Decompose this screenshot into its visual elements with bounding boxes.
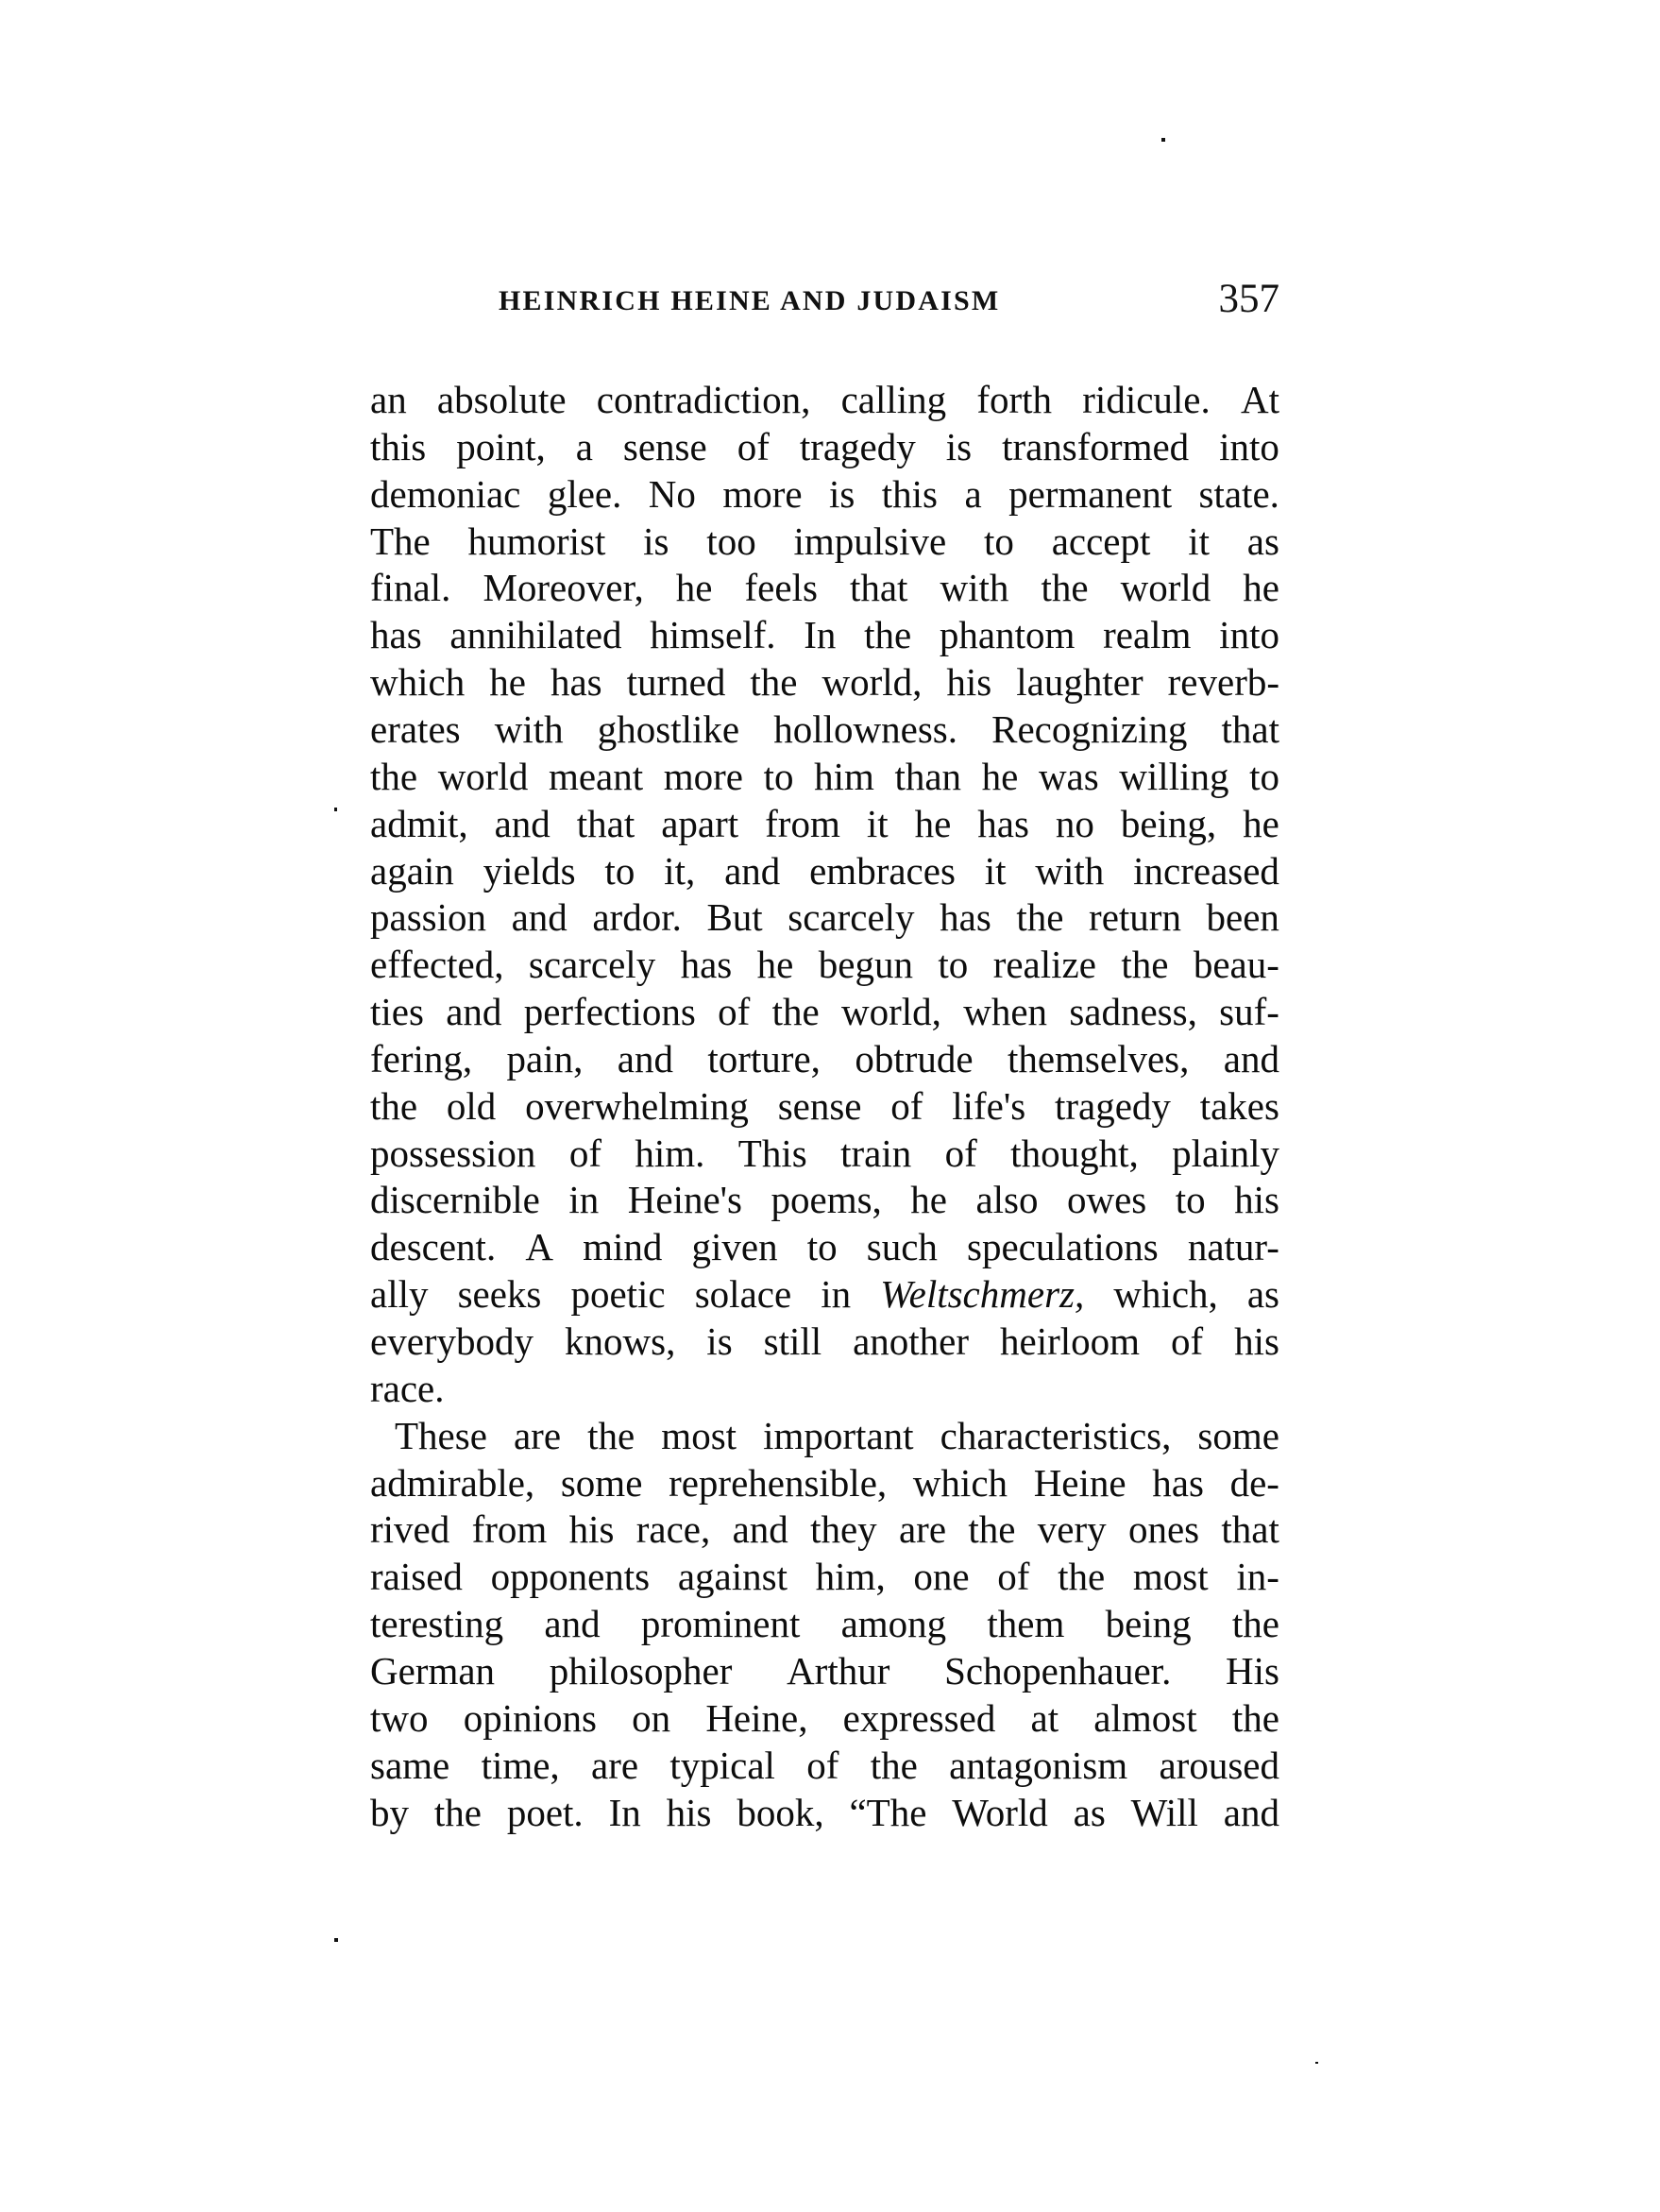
word: him, <box>816 1553 886 1600</box>
word: poetic <box>570 1270 665 1318</box>
word: absolute <box>437 376 567 423</box>
word: But <box>706 893 762 941</box>
text-line: admirable,somereprehensible,whichHeineha… <box>370 1459 1279 1506</box>
word: very <box>1038 1506 1107 1553</box>
word: to <box>604 847 635 894</box>
word: of <box>890 1082 923 1130</box>
word: erates <box>370 706 461 753</box>
word: reprehensible, <box>669 1459 887 1506</box>
word: At <box>1241 376 1279 423</box>
word: as <box>1074 1789 1106 1836</box>
word: to <box>1176 1176 1206 1223</box>
word: World <box>952 1789 1047 1836</box>
word: world <box>1121 564 1211 611</box>
word: again <box>370 847 454 894</box>
word: they <box>810 1506 877 1553</box>
word: no <box>1056 800 1094 847</box>
word: has <box>940 893 991 941</box>
word: suf- <box>1219 988 1279 1035</box>
word: are <box>899 1506 946 1553</box>
word: it <box>985 847 1007 894</box>
word: “The <box>849 1789 926 1836</box>
word: humorist <box>468 518 606 565</box>
word: which, <box>1113 1270 1217 1318</box>
word: it <box>1188 518 1210 565</box>
word: been <box>1207 893 1279 941</box>
word: the <box>1041 564 1088 611</box>
word: life's <box>952 1082 1025 1130</box>
word: was <box>1039 753 1099 800</box>
text-line: Thesearethemostimportantcharacteristics,… <box>395 1412 1279 1459</box>
word: scarcely <box>529 941 655 988</box>
word: return <box>1089 893 1181 941</box>
word: Will <box>1131 1789 1198 1836</box>
word: The <box>370 518 431 565</box>
text-line: effected,scarcelyhashebeguntorealizetheb… <box>370 941 1279 988</box>
word: being <box>1106 1600 1192 1647</box>
word: train <box>840 1130 911 1177</box>
word: still <box>764 1318 822 1365</box>
text-line: erateswithghostlikehollowness.Recognizin… <box>370 706 1279 753</box>
word: of <box>1171 1318 1203 1365</box>
word: of <box>945 1130 977 1177</box>
word: being, <box>1121 800 1216 847</box>
word: are <box>591 1742 638 1789</box>
word: of <box>806 1742 838 1789</box>
word: realm <box>1103 611 1191 658</box>
word: and <box>495 800 551 847</box>
word: ones <box>1128 1506 1199 1553</box>
scan-speck <box>1161 138 1165 142</box>
word: fering, <box>370 1035 472 1082</box>
word: into <box>1219 423 1279 470</box>
word: the <box>1121 941 1168 988</box>
word: another <box>853 1318 969 1365</box>
word: No <box>649 470 696 518</box>
word: into <box>1219 611 1279 658</box>
word: book, <box>737 1789 823 1836</box>
word: impulsive <box>794 518 947 565</box>
word: poems, <box>771 1176 882 1223</box>
word: possession <box>370 1130 535 1177</box>
word: to <box>984 518 1014 565</box>
word: Arthur <box>787 1647 889 1694</box>
word: apart <box>661 800 738 847</box>
word: he <box>910 1176 947 1223</box>
word: of <box>997 1553 1029 1600</box>
word: himself. <box>650 611 775 658</box>
word: glee. <box>548 470 622 518</box>
word: themselves, <box>1008 1035 1189 1082</box>
word: This <box>738 1130 807 1177</box>
word: mind <box>583 1223 662 1270</box>
word: annihilated <box>449 611 621 658</box>
text-line: bythepoet.Inhisbook,“TheWorldasWilland <box>370 1789 1279 1836</box>
word: expressed <box>843 1694 996 1742</box>
word: owes <box>1067 1176 1146 1223</box>
word: some <box>561 1459 643 1506</box>
word: Recognizing <box>991 706 1187 753</box>
word: transformed <box>1002 423 1189 470</box>
page-number: 357 <box>1219 276 1280 322</box>
text-line: terestingandprominentamongthembeingthe <box>370 1600 1279 1647</box>
word: he <box>982 753 1019 800</box>
word: that <box>850 564 907 611</box>
word: torture, <box>707 1035 821 1082</box>
word: philosopher <box>550 1647 733 1694</box>
word: the <box>772 988 820 1035</box>
word: at <box>1031 1694 1059 1742</box>
word: and <box>1224 1035 1279 1082</box>
word: willing <box>1119 753 1228 800</box>
word: one <box>913 1553 969 1600</box>
word: that <box>1221 1506 1279 1553</box>
word: two <box>370 1694 429 1742</box>
word: the <box>1232 1600 1279 1647</box>
word: of <box>718 988 750 1035</box>
word: and <box>733 1506 788 1553</box>
word: sense <box>623 423 707 470</box>
text-line: tiesandperfectionsoftheworld,whensadness… <box>370 988 1279 1035</box>
word: heirloom <box>1000 1318 1140 1365</box>
word: his <box>1234 1176 1279 1223</box>
word: In <box>609 1789 641 1836</box>
word: more <box>722 470 802 518</box>
word: begun <box>819 941 913 988</box>
word: pain, <box>507 1035 584 1082</box>
word: admirable, <box>370 1459 534 1506</box>
word: tragedy <box>1055 1082 1171 1130</box>
word: state. <box>1199 470 1279 518</box>
italic-word: Weltschmerz, <box>880 1270 1084 1318</box>
word: from <box>472 1506 548 1553</box>
word: reverb- <box>1168 658 1279 706</box>
text-line: GermanphilosopherArthurSchopenhauer.His <box>370 1647 1279 1694</box>
word: raised <box>370 1553 463 1600</box>
word: with <box>495 706 564 753</box>
word: characteristics, <box>940 1412 1172 1459</box>
word: His <box>1226 1647 1279 1694</box>
scan-speck <box>1315 2062 1318 2064</box>
word: old <box>447 1082 496 1130</box>
word: effected, <box>370 941 504 988</box>
text-line: demoniacglee.Nomoreisthisapermanentstate… <box>370 470 1279 518</box>
text-line: admit,andthatapartfromithehasnobeing,he <box>370 800 1279 847</box>
word: among <box>841 1600 947 1647</box>
word: contradiction, <box>597 376 811 423</box>
word: when <box>963 988 1047 1035</box>
word: typical <box>669 1742 775 1789</box>
word: almost <box>1093 1694 1196 1742</box>
text-line: final.Moreover,hefeelsthatwiththeworldhe <box>370 564 1279 611</box>
word: realize <box>993 941 1096 988</box>
word: most <box>661 1412 737 1459</box>
text-line: twoopinionsonHeine,expressedatalmostthe <box>370 1694 1279 1742</box>
word: he <box>1243 564 1279 611</box>
text-line: descent.Amindgiventosuchspeculationsnatu… <box>370 1223 1279 1270</box>
word: scarcely <box>788 893 914 941</box>
word: of <box>737 423 770 470</box>
word: opponents <box>491 1553 651 1600</box>
text-line: rivedfromhisrace,andtheyaretheveryonesth… <box>370 1506 1279 1553</box>
word: a <box>964 470 981 518</box>
word: that <box>1222 706 1279 753</box>
word: has <box>551 658 602 706</box>
word: he <box>676 564 713 611</box>
word: rived <box>370 1506 449 1553</box>
word: given <box>691 1223 777 1270</box>
word: seeks <box>458 1270 542 1318</box>
word: and <box>446 988 501 1035</box>
word: phantom <box>940 611 1075 658</box>
word: the <box>587 1412 635 1459</box>
word: than <box>894 753 961 800</box>
word: which <box>913 1459 1008 1506</box>
word: final. <box>370 564 450 611</box>
word: by <box>370 1789 409 1836</box>
text-line: possessionofhim.Thistrainofthought,plain… <box>370 1130 1279 1177</box>
word: takes <box>1200 1082 1279 1130</box>
word: has <box>977 800 1029 847</box>
word: and <box>512 893 567 941</box>
word: In <box>804 611 836 658</box>
text-line: sametime,aretypicaloftheantagonismarouse… <box>370 1742 1279 1789</box>
word: discernible <box>370 1176 540 1223</box>
word: such <box>867 1223 938 1270</box>
word: ardor. <box>592 893 682 941</box>
word: ties <box>370 988 424 1035</box>
word: and <box>618 1035 673 1082</box>
word: feels <box>745 564 818 611</box>
word: yields <box>483 847 576 894</box>
text-line: raisedopponentsagainsthim,oneofthemostin… <box>370 1553 1279 1600</box>
word: them <box>987 1600 1064 1647</box>
word: aroused <box>1159 1742 1279 1789</box>
text-line: againyieldstoit,andembracesitwithincreas… <box>370 847 1279 894</box>
word: most <box>1133 1553 1209 1600</box>
word: overwhelming <box>525 1082 749 1130</box>
word: he <box>915 800 952 847</box>
word: time, <box>482 1742 560 1789</box>
word: is <box>946 423 972 470</box>
word: he <box>1243 800 1279 847</box>
word: the <box>1058 1553 1105 1600</box>
word: accept <box>1052 518 1151 565</box>
word: demoniac <box>370 470 520 518</box>
word: the <box>968 1506 1015 1553</box>
word: beau- <box>1194 941 1279 988</box>
word: of <box>569 1130 601 1177</box>
word: plainly <box>1172 1130 1279 1177</box>
text-line: whichhehasturnedtheworld,hislaughterreve… <box>370 658 1279 706</box>
word: also <box>975 1176 1038 1223</box>
word: to <box>807 1223 838 1270</box>
word: the <box>864 611 911 658</box>
word: prominent <box>641 1600 801 1647</box>
word: from <box>765 800 840 847</box>
word: forth <box>976 376 1052 423</box>
word: an <box>370 376 407 423</box>
text-line: thispoint,asenseoftragedyistransformedin… <box>370 423 1279 470</box>
word: he <box>489 658 526 706</box>
word: opinions <box>464 1694 597 1742</box>
word: passion <box>370 893 486 941</box>
word: as <box>1247 518 1279 565</box>
word: against <box>678 1553 788 1600</box>
word: this <box>370 423 426 470</box>
word: important <box>763 1412 913 1459</box>
word: with <box>1035 847 1104 894</box>
word: German <box>370 1647 495 1694</box>
word: has <box>1152 1459 1204 1506</box>
word: These <box>395 1412 487 1459</box>
word: Heine, <box>705 1694 807 1742</box>
word: Schopenhauer. <box>944 1647 1171 1694</box>
word: hollowness. <box>773 706 957 753</box>
word: is <box>829 470 855 518</box>
word: to <box>938 941 968 988</box>
word: is <box>706 1318 732 1365</box>
word: embraces <box>809 847 956 894</box>
word: more <box>664 753 743 800</box>
word: has <box>370 611 422 658</box>
word: ridicule. <box>1082 376 1210 423</box>
word: with <box>940 564 1009 611</box>
word: it, <box>664 847 695 894</box>
word: sadness, <box>1069 988 1197 1035</box>
text-line: discernibleinHeine'spoems,healsoowestohi… <box>370 1176 1279 1223</box>
word: a <box>576 423 593 470</box>
word: race. <box>370 1365 445 1412</box>
word: him. <box>635 1130 704 1177</box>
word: that <box>577 800 635 847</box>
word: sense <box>778 1082 862 1130</box>
word: same <box>370 1742 449 1789</box>
word: race, <box>636 1506 711 1553</box>
word: his <box>946 658 991 706</box>
word: is <box>643 518 669 565</box>
word: antagonism <box>949 1742 1127 1789</box>
word: admit, <box>370 800 468 847</box>
word: his <box>569 1506 615 1553</box>
word: A <box>525 1223 553 1270</box>
text-line: fering,pain,andtorture,obtrudethemselves… <box>370 1035 1279 1082</box>
word: everybody <box>370 1318 534 1365</box>
word: and <box>724 847 780 894</box>
text-line: anabsolutecontradiction,callingforthridi… <box>370 376 1279 423</box>
word: to <box>1249 753 1279 800</box>
word: turned <box>627 658 726 706</box>
word: ghostlike <box>598 706 739 753</box>
text-line: hasannihilatedhimself.Inthephantomrealmi… <box>370 611 1279 658</box>
word: permanent <box>1008 470 1172 518</box>
word: and <box>1224 1789 1279 1836</box>
word: obtrude <box>855 1035 973 1082</box>
word: the <box>1016 893 1063 941</box>
word: the <box>434 1789 482 1836</box>
word: him <box>814 753 874 800</box>
text-line: passionandardor.Butscarcelyhasthereturnb… <box>370 893 1279 941</box>
word: too <box>706 518 755 565</box>
word: Heine <box>1034 1459 1126 1506</box>
word: his <box>667 1789 712 1836</box>
book-page: Heinrich Heine and Judaism 357 anabsolut… <box>0 0 1660 2212</box>
word: perfections <box>524 988 696 1035</box>
word: speculations <box>967 1223 1159 1270</box>
word: Heine's <box>628 1176 742 1223</box>
word: knows, <box>565 1318 675 1365</box>
word: laughter <box>1016 658 1143 706</box>
word: world, <box>841 988 941 1035</box>
word: natur- <box>1188 1223 1279 1270</box>
text-line: Thehumorististooimpulsivetoacceptitas <box>370 518 1279 565</box>
word: Moreover, <box>483 564 643 611</box>
scan-speck <box>334 1938 338 1942</box>
text-line: everybodyknows,isstillanotherheirloomofh… <box>370 1318 1279 1365</box>
word: his <box>1234 1318 1279 1365</box>
word: to <box>764 753 794 800</box>
word: the <box>750 658 797 706</box>
word: in- <box>1236 1553 1279 1600</box>
word: increased <box>1133 847 1279 894</box>
text-line: theworldmeantmoretohimthanhewaswillingto <box>370 753 1279 800</box>
word: the <box>370 1082 417 1130</box>
word: point, <box>456 423 546 470</box>
word: in <box>568 1176 599 1223</box>
word: and <box>544 1600 600 1647</box>
word: the <box>1232 1694 1279 1742</box>
running-head: Heinrich Heine and Judaism 357 <box>370 280 1279 327</box>
word: descent. <box>370 1223 496 1270</box>
text-line: allyseekspoeticsolaceinWeltschmerz,which… <box>370 1270 1279 1318</box>
word: teresting <box>370 1600 503 1647</box>
word: he <box>757 941 794 988</box>
word: world, <box>822 658 922 706</box>
word: has <box>681 941 733 988</box>
word: thought, <box>1010 1130 1139 1177</box>
word: meant <box>549 753 643 800</box>
word: in <box>821 1270 851 1318</box>
word: calling <box>841 376 947 423</box>
word: it <box>867 800 889 847</box>
word: world <box>438 753 529 800</box>
word: which <box>370 658 465 706</box>
word: on <box>632 1694 670 1742</box>
text-line: theoldoverwhelmingsenseoflife'stragedyta… <box>370 1082 1279 1130</box>
word: solace <box>695 1270 791 1318</box>
word: ally <box>370 1270 428 1318</box>
word: the <box>370 753 417 800</box>
word: poet. <box>507 1789 584 1836</box>
word: this <box>882 470 938 518</box>
word: tragedy <box>800 423 916 470</box>
word: as <box>1247 1270 1279 1318</box>
word: de- <box>1230 1459 1279 1506</box>
text-line: race. <box>370 1365 1279 1412</box>
scan-speck <box>334 808 337 811</box>
word: are <box>514 1412 561 1459</box>
word: some <box>1197 1412 1279 1459</box>
word: the <box>871 1742 918 1789</box>
running-head-title: Heinrich Heine and Judaism <box>499 285 1000 317</box>
